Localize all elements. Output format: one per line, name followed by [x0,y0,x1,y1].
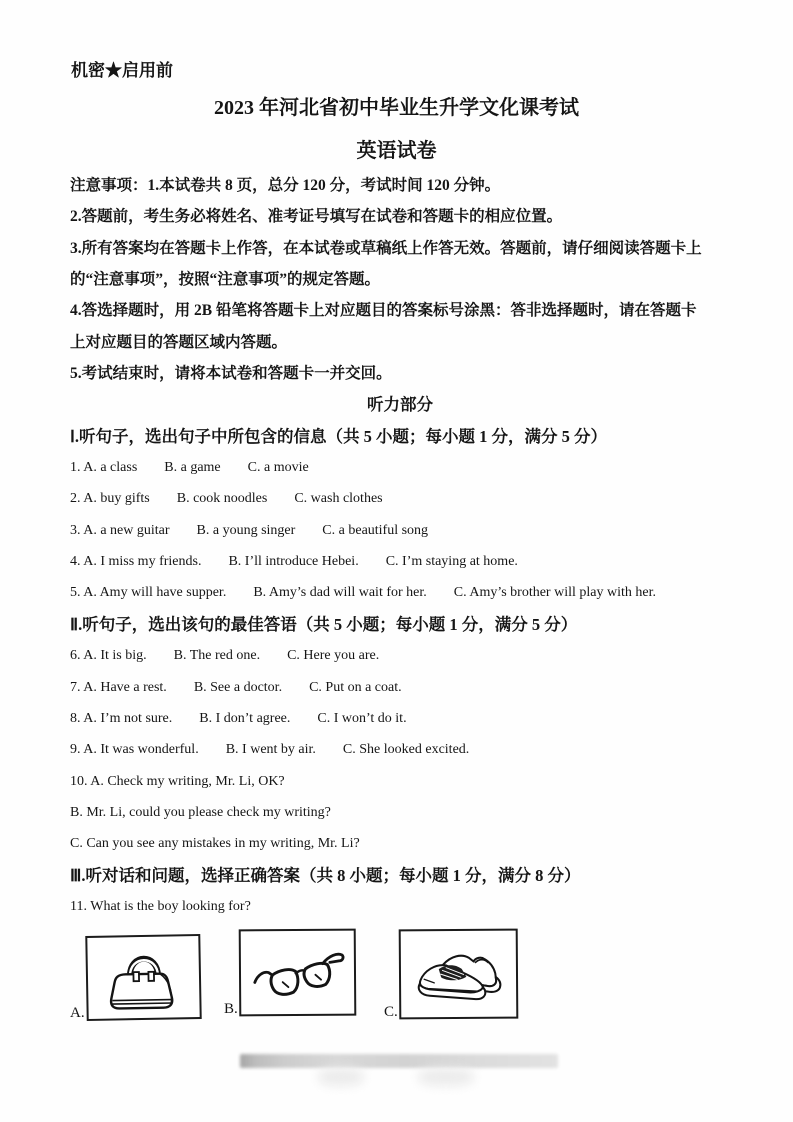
question-row-9: 9. A. It was wonderful. B. I went by air… [70,734,730,765]
sneakers-image [406,935,511,1014]
choice-b-label: B. [224,1002,238,1016]
question-10-option-a: 10. A. Check my writing, Mr. Li, OK? [70,766,730,797]
handbag-image [97,942,188,1014]
choice-a-label: A. [70,1006,85,1020]
question-6-option-b: B. The red one. [174,640,260,671]
choice-a-figure: A. [70,935,201,1020]
question-row-6: 6. A. It is big. B. The red one. C. Here… [70,640,730,671]
question-11-text: 11. What is the boy looking for? [70,891,730,922]
question-row-1: 1. A. a class B. a game C. a movie [70,452,730,483]
question-row-5: 5. A. Amy will have supper. B. Amy’s dad… [70,577,730,608]
watermark-smudge-right [418,1068,474,1086]
question-1-option-c: C. a movie [248,452,309,483]
question-10-option-b: B. Mr. Li, could you please check my wri… [70,797,730,828]
question-8-option-a: 8. A. I’m not sure. [70,703,172,734]
sunglasses-image [247,939,347,1006]
paper-body: 注意事项：1.本试卷共 8 页，总分 120 分，考试时间 120 分钟。 2.… [70,170,730,922]
question-9-option-c: C. She looked excited. [343,734,469,765]
question-2-option-a: 2. A. buy gifts [70,483,150,514]
question-8-option-b: B. I don’t agree. [199,703,290,734]
notice-line-5: 5.考试结束时，请将本试卷和答题卡一并交回。 [70,358,730,389]
question-5-option-c: C. Amy’s brother will play with her. [454,577,656,608]
notice-line-4-wrap: 上对应题目的答题区域内答题。 [70,327,730,358]
choice-c-figure: C. [384,929,518,1019]
question-1-option-a: 1. A. a class [70,452,137,483]
choice-c-frame [398,929,518,1020]
question-3-option-a: 3. A. a new guitar [70,515,170,546]
question-6-option-a: 6. A. It is big. [70,640,147,671]
notice-line-1: 注意事项：1.本试卷共 8 页，总分 120 分，考试时间 120 分钟。 [70,170,730,201]
notice-line-3: 3.所有答案均在答题卡上作答，在本试卷或草稿纸上作答无效。答题前，请仔细阅读答题… [70,233,730,264]
question-3-option-b: B. a young singer [197,515,296,546]
part2-heading: Ⅱ.听句子，选出该句的最佳答语（共 5 小题；每小题 1 分，满分 5 分） [70,609,730,640]
question-6-option-c: C. Here you are. [287,640,379,671]
question-2-option-c: C. wash clothes [294,483,382,514]
question-9-option-a: 9. A. It was wonderful. [70,734,199,765]
question-11-picture-choices: A. B. [0,926,793,1026]
question-7-option-c: C. Put on a coat. [309,672,402,703]
question-4-option-b: B. I’ll introduce Hebei. [228,546,358,577]
question-row-8: 8. A. I’m not sure. B. I don’t agree. C.… [70,703,730,734]
question-row-4: 4. A. I miss my friends. B. I’ll introdu… [70,546,730,577]
exam-title: 2023 年河北省初中毕业生升学文化课考试 [0,91,793,120]
question-5-option-a: 5. A. Amy will have supper. [70,577,226,608]
exam-paper-page: 机密★启用前 2023 年河北省初中毕业生升学文化课考试 英语试卷 注意事项：1… [0,0,793,1122]
paper-subtitle: 英语试卷 [0,134,793,163]
question-4-option-a: 4. A. I miss my friends. [70,546,201,577]
question-2-option-b: B. cook noodles [177,483,268,514]
choice-c-label: C. [384,1005,398,1019]
notice-line-3-wrap: 的“注意事项”，按照“注意事项”的规定答题。 [70,264,730,295]
question-row-3: 3. A. a new guitar B. a young singer C. … [70,515,730,546]
part3-heading: Ⅲ.听对话和问题，选择正确答案（共 8 小题；每小题 1 分，满分 8 分） [70,860,730,891]
question-4-option-c: C. I’m staying at home. [386,546,518,577]
choice-a-frame [85,934,201,1021]
part1-heading: Ⅰ.听句子，选出句子中所包含的信息（共 5 小题；每小题 1 分，满分 5 分） [70,421,730,452]
question-row-2: 2. A. buy gifts B. cook noodles C. wash … [70,483,730,514]
question-7-option-b: B. See a doctor. [194,672,282,703]
question-row-7: 7. A. Have a rest. B. See a doctor. C. P… [70,672,730,703]
watermark-smudge-left [318,1068,364,1086]
question-5-option-b: B. Amy’s dad will wait for her. [253,577,426,608]
question-3-option-c: C. a beautiful song [322,515,428,546]
notice-line-2: 2.答题前，考生务必将姓名、准考证号填写在试卷和答题卡的相应位置。 [70,201,730,232]
question-1-option-b: B. a game [164,452,220,483]
question-7-option-a: 7. A. Have a rest. [70,672,167,703]
question-9-option-b: B. I went by air. [226,734,316,765]
question-8-option-c: C. I won’t do it. [317,703,406,734]
classification-marking: 机密★启用前 [71,56,173,81]
redacted-watermark-bar [240,1054,558,1068]
listening-section-title: 听力部分 [70,389,730,420]
choice-b-frame [238,929,356,1017]
question-10-option-c: C. Can you see any mistakes in my writin… [70,828,730,859]
choice-b-figure: B. [224,929,356,1016]
notice-line-4: 4.答选择题时，用 2B 铅笔将答题卡上对应题目的答案标号涂黑：答非选择题时，请… [70,295,730,326]
